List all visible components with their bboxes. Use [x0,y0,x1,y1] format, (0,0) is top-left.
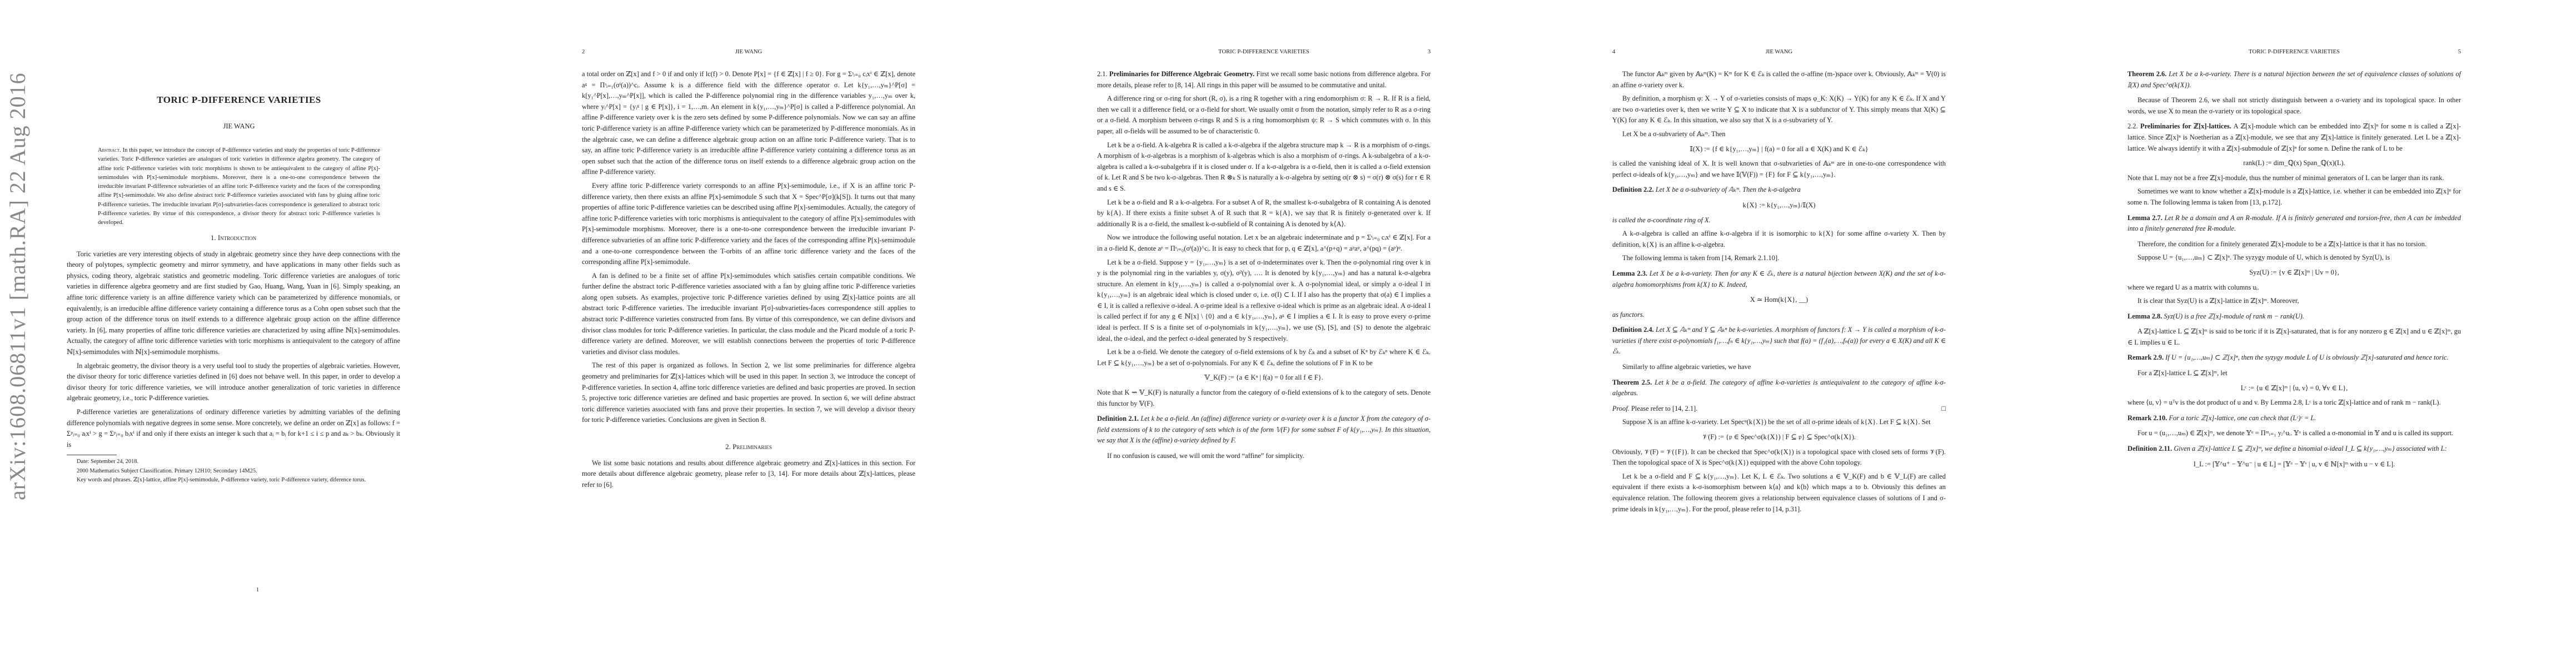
definition-label: Definition 2.11. [2127,445,2172,452]
paragraph: The following lemma is taken from [14, R… [1612,253,1946,264]
subsection-number: 2.2. [2127,122,2138,130]
paragraph: Therefore, the condition for a finitely … [2127,239,2461,250]
paper-title: TORIC P-DIFFERENCE VARIETIES [72,94,406,106]
lemma-label: Lemma 2.7. [2127,214,2163,222]
page-1-body: 1. Introduction Toric varieties are very… [67,232,400,485]
paragraph: Sometimes we want to know whether a ℤ[x]… [2127,186,2461,208]
definition-2-2: Definition 2.2. Let X be a σ-subvariety … [1612,185,1946,196]
remark-text: For a toric ℤ[x]-lattice, one can check … [2169,414,2316,422]
running-head-text: TORIC P-DIFFERENCE VARIETIES [2127,49,2461,55]
footnote-rule [67,455,117,455]
definition-tail: is called the σ-coordinate ring of X. [1612,215,1946,226]
display-equation: Lᶜ := {u ∈ ℤ[x]ᵐ | ⟨u, v⟩ = 0, ∀v ∈ L}, [2127,383,2461,394]
paragraph: Let k be a σ-field. A k-algebra R is cal… [1097,140,1431,195]
paragraph: By definition, a morphism φ: X → Y of σ-… [1612,93,1946,126]
definition-text: Let X ⊆ 𝔸ₖᵐ and Y ⊆ 𝔸ₖⁿ be k-σ-varieties… [1612,326,1946,355]
paragraph: P-difference varieties are generalizatio… [67,407,400,450]
display-equation: 𝒱(F) := {𝔭 ∈ Spec^σ(k{X}) | F ⊆ 𝔭} ⊆ Spe… [1612,432,1946,443]
paragraph: Let X be a σ-subvariety of 𝔸ₖᵐ. Then [1612,129,1946,140]
proof-label: Proof. [1612,405,1630,412]
proof: Proof. Please refer to [14, 2.1]. □ [1612,404,1946,415]
paper-author: JIE WANG [72,122,406,131]
definition-label: Definition 2.1. [1097,415,1139,422]
page-2-body: a total order on ℤ[x] and f > 0 if and o… [582,69,915,493]
lemma-2-3: Lemma 2.3. Let X be a k-σ-variety. Then … [1612,268,1946,290]
footnote-keywords: Key words and phrases. ℤ[x]-lattice, aff… [67,476,400,485]
display-equation: rank(L) := dim_ℚ(x) Span_ℚ(x)(L). [2127,158,2461,169]
definition-label: Definition 2.2. [1612,186,1654,193]
theorem-label: Theorem 2.5. [1612,379,1652,386]
paragraph: If no confusion is caused, we will omit … [1097,451,1431,462]
paragraph: Suppose X is an affine k-σ-variety. Let … [1612,417,1946,428]
remark-2-10: Remark 2.10. For a toric ℤ[x]-lattice, o… [2127,413,2461,424]
subsection-title: Preliminaries for ℤ[x]-lattices. [2140,122,2231,130]
theorem-text: Let X be a k-σ-variety. There is a natur… [2127,70,2461,89]
paragraph: A fan is defined to be a finite set of a… [582,271,915,358]
paragraph: It is clear that Syz(U) is a ℤ[x]-lattic… [2127,296,2461,307]
remark-label: Remark 2.9. [2127,354,2164,361]
page-1: arXiv:1608.06811v1 [math.RA] 22 Aug 2016… [0,0,515,667]
running-head-text: JIE WANG [582,49,915,55]
paragraph: The rest of this paper is organized as f… [582,360,915,426]
subsection-lead: 2.2. Preliminaries for ℤ[x]-lattices. A … [2127,121,2461,154]
paragraph: For a ℤ[x]-lattice L ⊆ ℤ[x]ᵐ, let [2127,368,2461,379]
proof-text: Please refer to [14, 2.1]. [1631,405,1697,412]
paragraph: In algebraic geometry, the divisor theor… [67,361,400,404]
paragraph: Obviously, 𝒱(F) = 𝒱({F}). It can be chec… [1612,447,1946,469]
lemma-label: Lemma 2.3. [1612,270,1647,277]
paragraph: A k-σ-algebra is called an affine k-σ-al… [1612,228,1946,250]
display-equation: I_L := [𝕐^u⁺ − 𝕐^u⁻ | u ∈ L] = [𝕐ᵘ − 𝕐ᵛ … [2127,459,2461,470]
lemma-label: Lemma 2.8. [2127,312,2162,320]
remark-text: If U = {u₁,…,uₘ} ⊂ ℤ[x]ⁿ, then the syzyg… [2165,354,2448,361]
paragraph: Similarly to affine algebraic varieties,… [1612,362,1946,373]
paragraph: We list some basic notations and results… [582,458,915,491]
page-number: 1 [0,586,515,593]
footnote-msc: 2000 Mathematics Subject Classification.… [67,467,400,476]
remark-2-9: Remark 2.9. If U = {u₁,…,uₘ} ⊂ ℤ[x]ⁿ, th… [2127,352,2461,364]
section-heading: 2. Preliminaries [582,441,915,452]
paragraph: Suppose U = {u₁,…,uₘ} ⊂ ℤ[x]ⁿ. The syzyg… [2127,252,2461,263]
subsection-title: Preliminaries for Difference Algebraic G… [1109,70,1254,78]
paragraph: Let k be a σ-field and R a k-σ-algebra. … [1097,197,1431,230]
page-5: TORIC P-DIFFERENCE VARIETIES 5 Theorem 2… [2061,0,2576,667]
lemma-text: Let R be a domain and A an R-module. If … [2127,214,2461,233]
remark-label: Remark 2.10. [2127,414,2167,422]
display-equation: k{X} := k{y₁,…,yₘ}/𝕀(X) [1612,200,1946,211]
running-head-text: TORIC P-DIFFERENCE VARIETIES [1097,49,1431,55]
display-equation: X ≃ Hom(k{X}, __) [1612,295,1946,306]
page-3: TORIC P-DIFFERENCE VARIETIES 3 2.1. Prel… [1030,0,1546,667]
abstract: Abstract. In this paper, we introduce th… [98,146,380,228]
display-equation: Syz(U) := {v ∈ ℤ[x]ᵐ | Uv = 0}, [2127,267,2461,278]
definition-text: Given a ℤ[x]-lattice L ⊆ ℤ[x]ᵐ, we defin… [2174,445,2447,452]
display-equation: 𝕍_K(F) := {a ∈ Kⁿ | f(a) = 0 for all f ∈… [1097,372,1431,384]
page-4-body: The functor 𝔸ₖᵐ given by 𝔸ₖᵐ(K) = Kᵐ for… [1612,69,1946,517]
theorem-label: Theorem 2.6. [2127,70,2166,78]
theorem-2-6: Theorem 2.6. Let X be a k-σ-variety. The… [2127,69,2461,91]
section-heading: 1. Introduction [67,232,400,243]
theorem-2-5: Theorem 2.5. Let k be a σ-field. The cat… [1612,377,1946,399]
paragraph: Because of Theorem 2.6, we shall not str… [2127,95,2461,117]
paragraph: is called the vanishing ideal of X. It i… [1612,158,1946,180]
page-5-body: Theorem 2.6. Let X be a k-σ-variety. The… [2127,69,2461,474]
abstract-text: In this paper, we introduce the concept … [98,147,380,226]
paragraph: where we regard U as a matrix with colum… [2127,282,2461,293]
definition-text: Let k be a σ-field. An (affine) differen… [1097,415,1431,444]
page-number: 3 [1428,49,1431,55]
paragraph: Let k be a σ-field. Suppose y = {y₁,…,yₘ… [1097,257,1431,345]
definition-label: Definition 2.4. [1612,326,1654,333]
lemma-text: Syz(U) is a free ℤ[x]-module of rank m −… [2164,312,2304,320]
page-4: 4 JIE WANG The functor 𝔸ₖᵐ given by 𝔸ₖᵐ(… [1546,0,2061,667]
running-head-text: JIE WANG [1612,49,1946,55]
page-number: 5 [2458,49,2461,55]
definition-2-11: Definition 2.11. Given a ℤ[x]-lattice L … [2127,444,2461,455]
paragraph: Note that L may not be a free ℤ[x]-modul… [2127,173,2461,184]
lemma-tail: as functors. [1612,310,1946,321]
display-equation: 𝕀(X) := {f ∈ k{y₁,…,yₘ} | f(a) = 0 for a… [1612,144,1946,155]
lemma-2-7: Lemma 2.7. Let R be a domain and A an R-… [2127,213,2461,235]
definition-2-4: Definition 2.4. Let X ⊆ 𝔸ₖᵐ and Y ⊆ 𝔸ₖⁿ … [1612,325,1946,357]
paragraph: Now we introduce the following useful no… [1097,232,1431,254]
paragraph: A ℤ[x]-lattice L ⊆ ℤ[x]ᵐ is said to be t… [2127,326,2461,348]
page-2: 2 JIE WANG a total order on ℤ[x] and f >… [515,0,1030,667]
arxiv-stamp: arXiv:1608.06811v1 [math.RA] 22 Aug 2016 [4,72,31,500]
subsection-lead: 2.1. Preliminaries for Difference Algebr… [1097,69,1431,91]
paragraph: where ⟨u, v⟩ = uᵀv is the dot product of… [2127,397,2461,409]
footnote-date: Date: September 24, 2018. [67,457,400,467]
definition-2-1: Definition 2.1. Let k be a σ-field. An (… [1097,414,1431,446]
paragraph: A difference ring or σ-ring for short (R… [1097,93,1431,137]
page-3-body: 2.1. Preliminaries for Difference Algebr… [1097,69,1431,465]
subsection-number: 2.1. [1097,70,1108,78]
paragraph: Note that K ⇝ 𝕍_K(F) is naturally a func… [1097,387,1431,409]
definition-text: Let X be a σ-subvariety of 𝔸ₖᵐ. Then the… [1656,186,1801,193]
paragraph: The functor 𝔸ₖᵐ given by 𝔸ₖᵐ(K) = Kᵐ for… [1612,69,1946,91]
abstract-label: Abstract. [98,147,121,153]
paragraph: Toric varieties are very interesting obj… [67,249,400,358]
paragraph: a total order on ℤ[x] and f > 0 if and o… [582,69,915,178]
qed-icon: □ [1942,404,1946,415]
paragraph: Let k be a σ-field and F ⊆ k{y₁,…,yₘ}. L… [1612,471,1946,515]
paragraph: Every affine toric P-difference variety … [582,181,915,268]
paragraph: Let k be a σ-field. We denote the catego… [1097,347,1431,369]
paragraph: For u = (u₁,…,uₘ) ∈ ℤ[x]ᵐ, we denote 𝕐ᵘ … [2127,428,2461,439]
theorem-text: Let k be a σ-field. The category of affi… [1612,379,1946,397]
lemma-2-8: Lemma 2.8. Syz(U) is a free ℤ[x]-module … [2127,311,2461,322]
lemma-text: Let X be a k-σ-variety. Then for any K ∈… [1612,270,1946,288]
